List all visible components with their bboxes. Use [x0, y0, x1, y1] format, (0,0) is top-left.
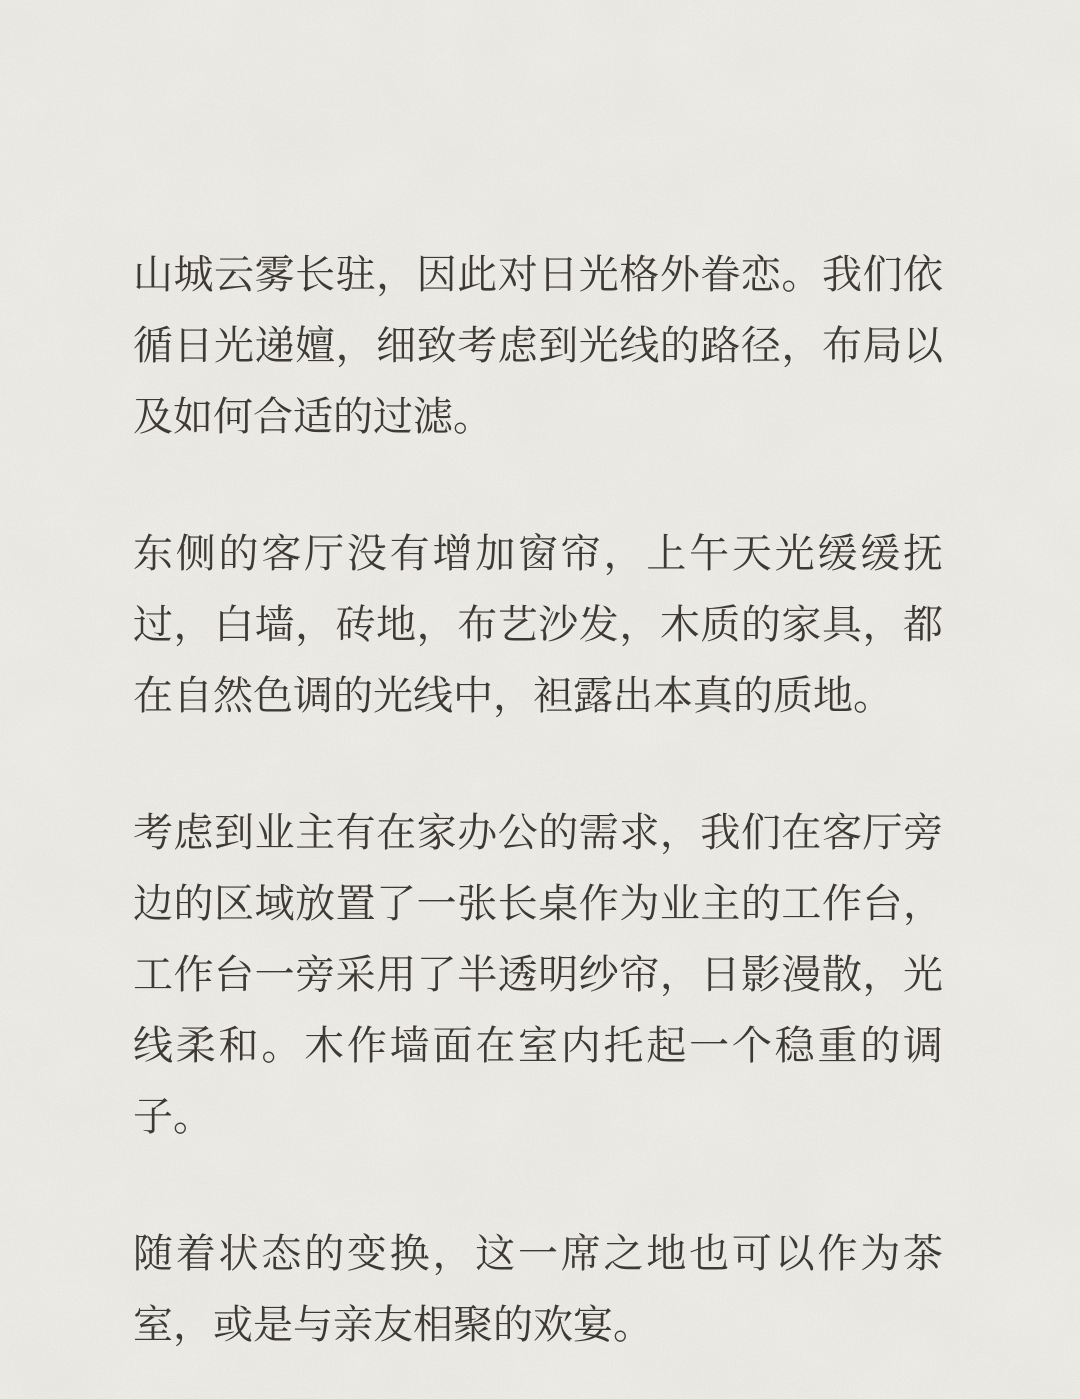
paragraph-4: 随着状态的变换，这一席之地也可以作为茶室，或是与亲友相聚的欢宴。	[133, 1218, 943, 1360]
paragraph-2: 东侧的客厅没有增加窗帘，上午天光缓缓抚过，白墙，砖地，布艺沙发，木质的家具，都在…	[133, 518, 943, 731]
article-body: 山城云雾长驻，因此对日光格外眷恋。我们依循日光递嬗，细致考虑到光线的路径，布局以…	[133, 239, 943, 1360]
paragraph-1: 山城云雾长驻，因此对日光格外眷恋。我们依循日光递嬗，细致考虑到光线的路径，布局以…	[133, 239, 943, 452]
paragraph-3: 考虑到业主有在家办公的需求，我们在客厅旁边的区域放置了一张长桌作为业主的工作台，…	[133, 797, 943, 1152]
paper-page: 山城云雾长驻，因此对日光格外眷恋。我们依循日光递嬗，细致考虑到光线的路径，布局以…	[0, 0, 1080, 1399]
